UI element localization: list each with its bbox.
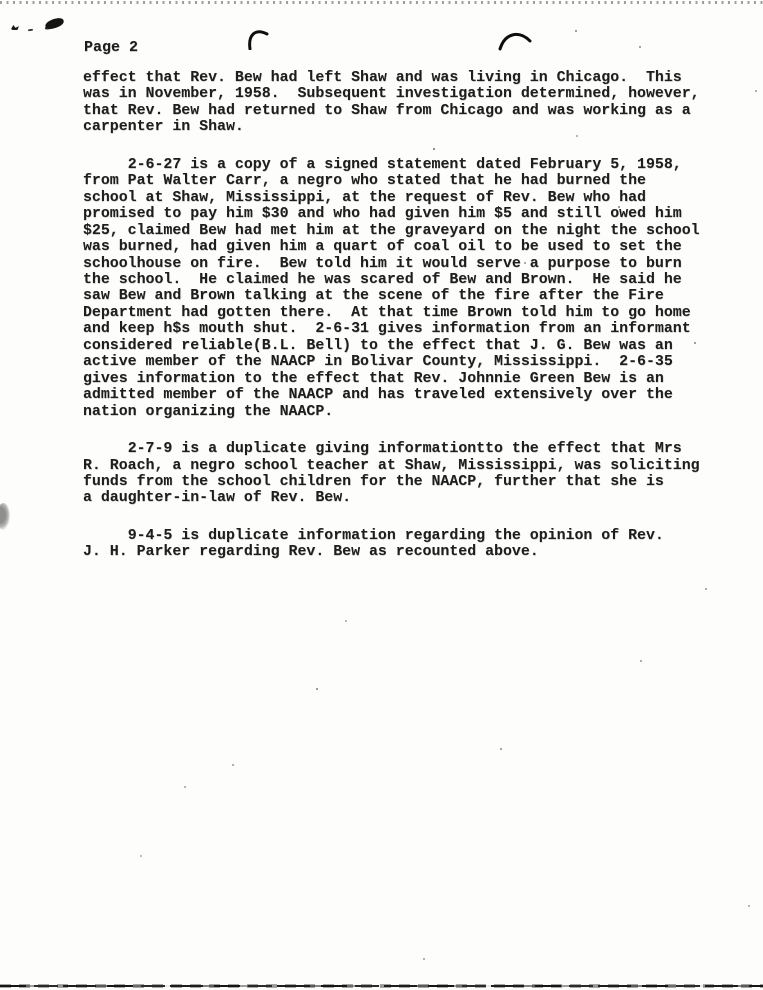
ink-smudge-blob: [44, 17, 65, 30]
paragraph-duplicate-9-4-5: 9-4-5 is duplicate information regarding…: [83, 528, 738, 561]
scanned-document-page: Page 2 effect that Rev. Bew had left Sha…: [0, 0, 763, 990]
ink-dash-mark: [28, 29, 33, 32]
page-number-label: Page 2: [84, 39, 138, 56]
document-body: effect that Rev. Bew had left Shaw and w…: [83, 70, 738, 582]
ink-smudge-small: [11, 25, 19, 30]
page-edge-bottom: [0, 984, 763, 988]
pen-arc-mark: [246, 26, 272, 50]
scan-noise-specks: [0, 0, 2, 2]
pen-arc-mark: [498, 29, 532, 51]
paragraph-duplicate-2-7-9: 2-7-9 is a duplicate giving informationt…: [83, 441, 738, 507]
perforation-edge-top: [0, 1, 763, 4]
ink-smudge-left-edge: [0, 503, 10, 530]
paragraph-intro: effect that Rev. Bew had left Shaw and w…: [83, 70, 738, 136]
paragraph-statement-2-6-27: 2-6-27 is a copy of a signed statement d…: [83, 157, 738, 420]
